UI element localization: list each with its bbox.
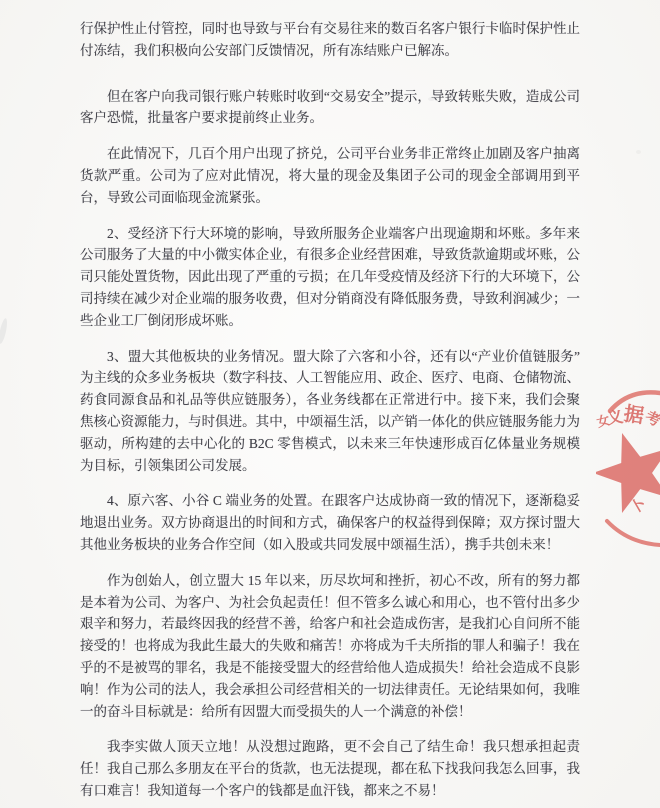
paragraph: 我李实做人顶天立地！从没想过跑路，更不会自己了结生命！我只想承担起责任！我自己那… [80, 736, 580, 801]
scan-smudge [636, 150, 641, 154]
red-official-seal-partial: 女 义 据 考 卜 [596, 384, 660, 560]
seal-top-arc-icon [610, 392, 660, 411]
paragraph: 2、受经济下行大环境的影响，导致所服务企业端客户出现逾期和坏账。多年来公司服务了… [80, 223, 580, 332]
letter-body: 行保护性止付管控，同时也导致与平台有交易往来的数百名客户银行卡临时保护性止付冻结… [80, 18, 580, 808]
paragraph: 作为创始人，创立盟大 15 年以来，历尽坎坷和挫折，初心不改，所有的努力都是本着… [80, 570, 580, 723]
red-seal-icon: 女 义 据 考 卜 [596, 384, 660, 560]
seal-character: 考 [642, 408, 660, 430]
seal-star-icon [596, 421, 660, 518]
scan-smudge [0, 318, 9, 345]
paragraph: 4、原六客、小谷 C 端业务的处置。在跟客户达成协商一致的情况下，逐渐稳妥地退出… [80, 490, 580, 555]
paragraph: 行保护性止付管控，同时也导致与平台有交易往来的数百名客户银行卡临时保护性止付冻结… [80, 18, 580, 62]
seal-character: 女 [596, 412, 611, 430]
seal-bottom-arc-icon [607, 521, 660, 545]
scan-smudge [428, 97, 435, 101]
paragraph: 但在客户向我司银行账户转账时收到“交易安全”提示，导致转账失败，造成公司客户恐慌… [80, 86, 580, 130]
paragraph: 3、盟大其他板块的业务情况。盟大除了六客和小谷，还有以“产业价值链服务”为主线的… [80, 346, 580, 477]
seal-character: 义 [606, 408, 624, 428]
seal-character: 卜 [627, 494, 649, 517]
paragraph: 在此情况下，几百个用户出现了挤兑，公司平台业务非正常终止加剧及客户抽离货款严重。… [80, 143, 580, 208]
seal-character: 据 [621, 401, 645, 428]
